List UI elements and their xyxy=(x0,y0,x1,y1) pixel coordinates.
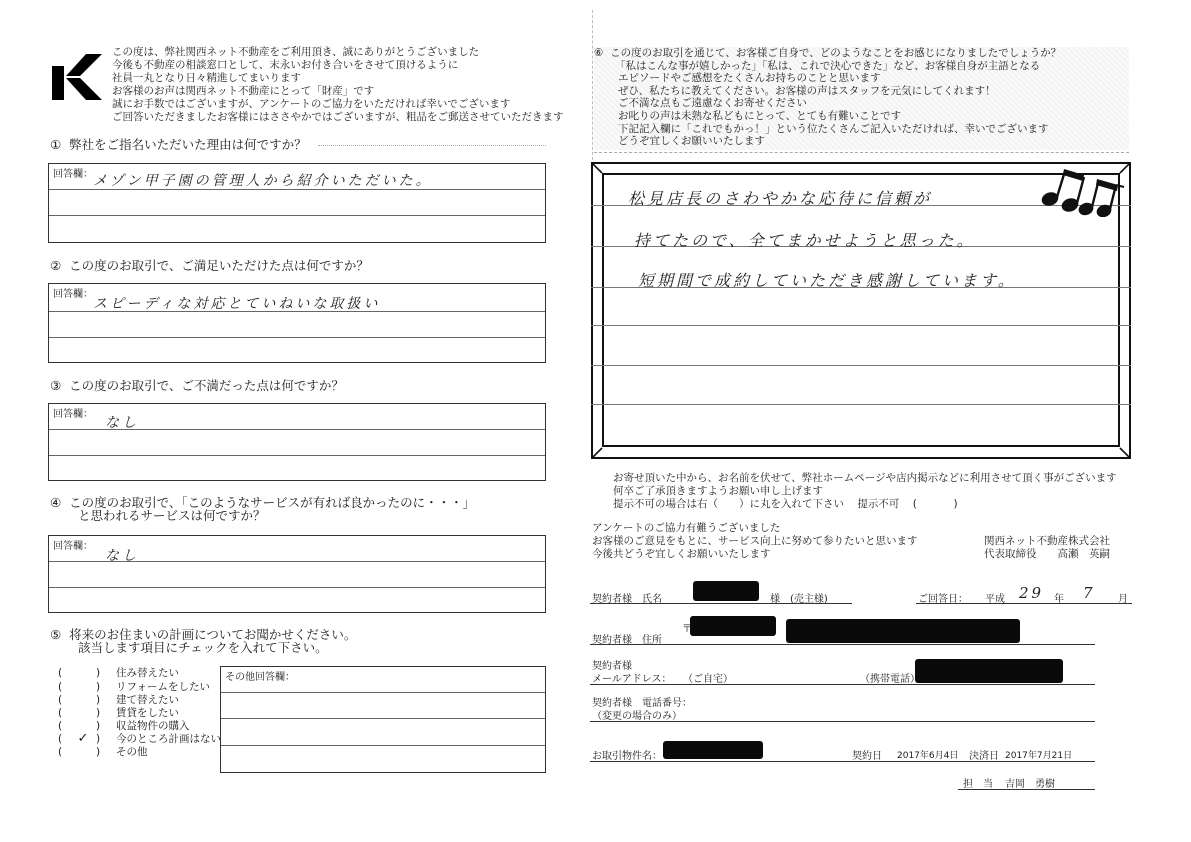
checklist-label: 今のところ計画はない xyxy=(116,733,221,745)
checklist-item[interactable]: ()その他 xyxy=(58,746,148,758)
q6-line: 下記記入欄に「これでもかっ！」という位たくさんご記入いただければ、幸いでございま… xyxy=(594,123,1129,136)
company-logo xyxy=(52,54,102,100)
staff-label: 担 当 xyxy=(963,775,993,790)
contract-date: 2017年6月4日 xyxy=(897,748,958,761)
email-label-2: メールアドレス： xyxy=(592,670,672,685)
rule-line xyxy=(49,215,545,216)
settlement-label: 決済日 xyxy=(969,747,999,762)
property-label: お取引物件名： xyxy=(592,747,662,762)
underline xyxy=(590,603,852,604)
thanks-line: アンケートのご協力有難うございました xyxy=(592,522,918,535)
question-number: ① xyxy=(50,137,61,152)
redacted-property xyxy=(663,741,763,759)
opt-out-checkbox[interactable]: ( ) xyxy=(903,498,958,510)
rule-line xyxy=(49,337,545,338)
q6-answer-line-2: 持てたので、全てまかせようと思った。 xyxy=(634,228,976,251)
thanks-line: お客様のご意見をもとに、サービス向上に努めて参りたいと思います xyxy=(592,535,918,548)
home-label: （ご自宅） xyxy=(683,670,733,685)
answer-box-3[interactable]: 回答欄： なし xyxy=(48,403,546,481)
checklist-item[interactable]: ()建て替えたい xyxy=(58,694,179,706)
intro-line: ご回答いただきましたお客様にはささやかではございますが、粗品をご郵送させていただ… xyxy=(112,111,564,124)
q6-answer-line-1: 松見店長のさわやかな応待に信頼が xyxy=(628,186,932,209)
rule-line xyxy=(49,429,545,430)
question-number: ⑥ xyxy=(594,47,603,59)
checklist-label: 賃貸をしたい xyxy=(116,707,179,719)
representative: 代表取締役 高瀬 英嗣 xyxy=(984,548,1110,561)
consent-line: 何卒ご了承頂きますようお願い申し上げます xyxy=(613,485,1117,498)
checklist-item-checked[interactable]: (✓)今のところ計画はない xyxy=(58,733,221,745)
q6-line: どうぞ宜しくお願いいたします xyxy=(594,135,1129,148)
year-value: 29 xyxy=(1019,584,1044,602)
consent-line: お寄せ頂いた中から、お名前を伏せて、弊社ホームページや店内掲示などに利用させて頂… xyxy=(613,472,1117,485)
phone-note: （変更の場合のみ） xyxy=(592,707,682,722)
q6-line: ご不満な点もご遠慮なくお寄せください xyxy=(594,97,1129,110)
mobile-label: （携帯電話） xyxy=(860,670,920,685)
intro-line: この度は、弊社関西ネット不動産をご利用頂き、誠にありがとうございました xyxy=(112,46,564,59)
question-number: ④ xyxy=(50,495,61,510)
checklist-label: 住み替えたい xyxy=(116,667,179,679)
answer-box-1[interactable]: 回答欄： メゾン甲子園の管理人から紹介いただいた。 xyxy=(48,163,546,243)
answer-label: 回答欄： xyxy=(53,165,93,180)
question-6-text: ⑥ この度のお取引を通じて、お客様ご自身で、どのようなことをお感じになりましたで… xyxy=(594,47,1129,150)
question-number: ③ xyxy=(50,378,61,393)
answer-4-handwriting: なし xyxy=(105,545,139,565)
intro-line: 今後も不動産の相談窓口として、末永いお付き合いをさせて頂けるように xyxy=(112,59,564,72)
q6-line: この度のお取引を通じて、お客様ご自身で、どのようなことをお感じになりましたでしょ… xyxy=(610,47,1061,59)
rule-line xyxy=(49,455,545,456)
answer-box-4[interactable]: 回答欄： なし xyxy=(48,535,546,613)
dashed-rule xyxy=(594,152,1129,153)
thanks-message: アンケートのご協力有難うございました お客様のご意見をもとに、サービス向上に努め… xyxy=(592,522,918,561)
question-1: ① 弊社をご指名いただいた理由は何ですか？ xyxy=(50,137,307,152)
consent-notice: お寄せ頂いた中から、お名前を伏せて、弊社ホームページや店内掲示などに利用させて頂… xyxy=(613,472,1117,511)
column-divider xyxy=(592,10,593,160)
q6-line: ぜひ、私たちに教えてください。お客様の声はスタッフを元気にしてくれます！ xyxy=(594,85,1129,98)
month-value: 7 xyxy=(1083,584,1096,602)
checklist-label: 建て替えたい xyxy=(116,694,179,706)
answer-2-handwriting: スピーディな対応とていねいな取扱い xyxy=(93,293,380,313)
underline xyxy=(590,644,1095,645)
checklist-label: リフォームをしたい xyxy=(116,681,210,693)
company-name: 関西ネット不動産株式会社 xyxy=(984,535,1110,548)
intro-line: 誠にお手数ではございますが、アンケートのご協力をいただければ幸いでございます xyxy=(112,98,564,111)
question-3: ③ この度のお取引で、ご不満だった点は何ですか？ xyxy=(50,378,344,393)
question-2: ② この度のお取引で、ご満足いただけた点は何ですか？ xyxy=(50,258,369,273)
underline xyxy=(590,721,1095,722)
settlement-date: 2017年7月21日 xyxy=(1005,748,1072,761)
question-text: この度のお取引で、ご満足いただけた点は何ですか？ xyxy=(69,258,369,273)
checklist-label: その他 xyxy=(116,746,148,758)
underline xyxy=(590,761,1095,762)
checklist-label: 収益物件の購入 xyxy=(116,720,190,732)
checklist-item[interactable]: ()住み替えたい xyxy=(58,667,179,679)
redacted-postal-code xyxy=(690,616,776,636)
checklist-item[interactable]: ()賃貸をしたい xyxy=(58,707,179,719)
rule-line xyxy=(591,365,1131,366)
underline xyxy=(958,789,1095,790)
music-notes-icon xyxy=(1036,165,1132,217)
underline xyxy=(590,684,1095,685)
q6-line: エピソードやご感想をたくさんお持ちのことと思います xyxy=(594,72,1129,85)
rule-line xyxy=(49,587,545,588)
q6-line: 「私はこんな事が嬉しかった」「私は、これで決心できた」など、お客様自身が主語とな… xyxy=(594,60,1129,73)
rule-line xyxy=(49,311,545,312)
rule-line xyxy=(49,561,545,562)
answer-label: 回答欄： xyxy=(53,405,93,420)
rule-line xyxy=(591,325,1131,326)
underline xyxy=(916,603,1132,604)
q6-answer-line-3: 短期間で成約していただき感謝しています。 xyxy=(638,268,1017,291)
rule-line xyxy=(591,404,1131,405)
question-number: ② xyxy=(50,258,61,273)
other-answer-label: その他回答欄： xyxy=(225,668,295,683)
intro-text: この度は、弊社関西ネット不動産をご利用頂き、誠にありがとうございました 今後も不… xyxy=(112,46,564,124)
intro-line: 社員一丸となり日々精進してまいります xyxy=(112,72,564,85)
answer-label: 回答欄： xyxy=(53,537,93,552)
question-number: ⑤ xyxy=(50,627,61,642)
question-text: この度のお取引で、ご不満だった点は何ですか？ xyxy=(69,378,344,393)
check-mark: ✓ xyxy=(70,733,96,745)
question-text: 弊社をご指名いただいた理由は何ですか？ xyxy=(69,137,307,152)
q6-line: お叱りの声は未熟な私どもにとって、とても有難いことです xyxy=(594,110,1129,123)
redacted-mobile xyxy=(915,659,1063,683)
answer-box-2[interactable]: 回答欄： スピーディな対応とていねいな取扱い xyxy=(48,283,546,363)
opt-out-label: 提示不可 xyxy=(857,498,899,510)
staff-name: 吉岡 勇樹 xyxy=(1005,775,1055,790)
answer-1-handwriting: メゾン甲子園の管理人から紹介いただいた。 xyxy=(93,170,433,190)
opt-out-instruction: 提示不可の場合は右（ ）に丸を入れて下さい xyxy=(613,498,844,510)
question-4-line-2: と思われるサービスは何ですか？ xyxy=(78,508,266,523)
rule-line xyxy=(221,718,545,719)
intro-line: お客様のお声は関西ネット不動産にとって「財産」です xyxy=(112,85,564,98)
thanks-line: 今後共どうぞ宜しくお願いいたします xyxy=(592,548,918,561)
dotted-rule xyxy=(318,145,546,146)
company-signature: 関西ネット不動産株式会社 代表取締役 高瀬 英嗣 xyxy=(984,535,1110,561)
rule-line xyxy=(221,692,545,693)
redacted-address xyxy=(786,619,1020,643)
rule-line xyxy=(221,745,545,746)
answer-label: 回答欄： xyxy=(53,285,93,300)
question-5-line-2: 該当します項目にチェックを入れて下さい。 xyxy=(78,640,328,655)
redacted-name xyxy=(693,581,759,601)
rule-line xyxy=(49,189,545,190)
other-answer-box[interactable]: その他回答欄： xyxy=(220,666,546,773)
checklist-item[interactable]: ()リフォームをしたい xyxy=(58,681,210,693)
contract-date-label: 契約日 xyxy=(852,747,882,762)
